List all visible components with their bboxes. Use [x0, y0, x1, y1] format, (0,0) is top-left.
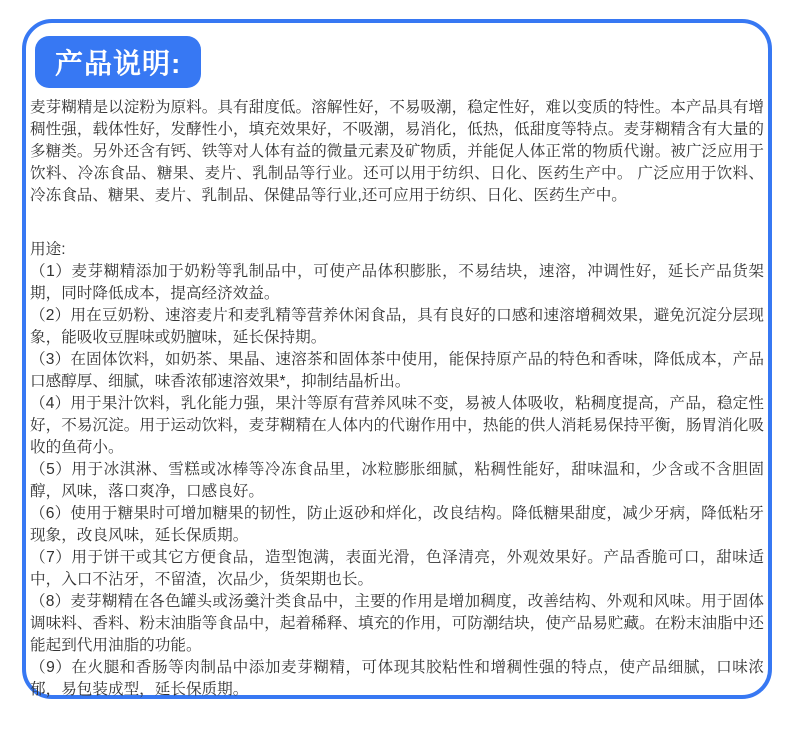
usage-item-4: （4）用于果汁饮料，乳化能力强，果汁等原有营养风味不变，易被人体吸收，粘稠度提高… — [30, 393, 764, 459]
usage-item-1: （1）麦芽糊精添加于奶粉等乳制品中，可使产品体积膨胀，不易结块，速溶，冲调性好，… — [30, 261, 764, 305]
usage-item-2: （2）用在豆奶粉、速溶麦片和麦乳精等营养休闲食品，具有良好的口感和速溶增稠效果，… — [30, 305, 764, 349]
section-title: 产品说明: — [55, 42, 181, 82]
usage-item-7: （7）用于饼干或其它方便食品，造型饱满，表面光滑，色泽清亮，外观效果好。产品香脆… — [30, 547, 764, 591]
usage-heading: 用途: — [30, 239, 764, 261]
usage-item-6: （6）使用于糖果时可增加糖果的韧性，防止返砂和烊化，改良结构。降低糖果甜度，减少… — [30, 503, 764, 547]
usage-item-9: （9）在火腿和香肠等肉制品中添加麦芽糊精，可体现其胶粘性和增稠性强的特点，使产品… — [30, 657, 764, 701]
description-panel: 产品说明: 麦芽糊精是以淀粉为原料。具有甜度低。溶解性好，不易吸潮，稳定性好，难… — [22, 19, 772, 699]
description-content: 麦芽糊精是以淀粉为原料。具有甜度低。溶解性好，不易吸潮，稳定性好，难以变质的特性… — [30, 97, 764, 701]
usage-item-8: （8）麦芽糊精在各色罐头或汤羹汁类食品中，主要的作用是增加稠度，改善结构、外观和… — [30, 591, 764, 657]
intro-paragraph: 麦芽糊精是以淀粉为原料。具有甜度低。溶解性好，不易吸潮，稳定性好，难以变质的特性… — [30, 97, 764, 207]
usage-item-3: （3）在固体饮料，如奶茶、果晶、速溶茶和固体茶中使用，能保持原产品的特色和香味，… — [30, 349, 764, 393]
product-description-page: 产品说明: 麦芽糊精是以淀粉为原料。具有甜度低。溶解性好，不易吸潮，稳定性好，难… — [0, 0, 790, 737]
usage-item-5: （5）用于冰淇淋、雪糕或冰棒等冷冻食品里，冰粒膨胀细腻，粘稠性能好，甜味温和，少… — [30, 459, 764, 503]
section-title-badge: 产品说明: — [35, 36, 201, 88]
